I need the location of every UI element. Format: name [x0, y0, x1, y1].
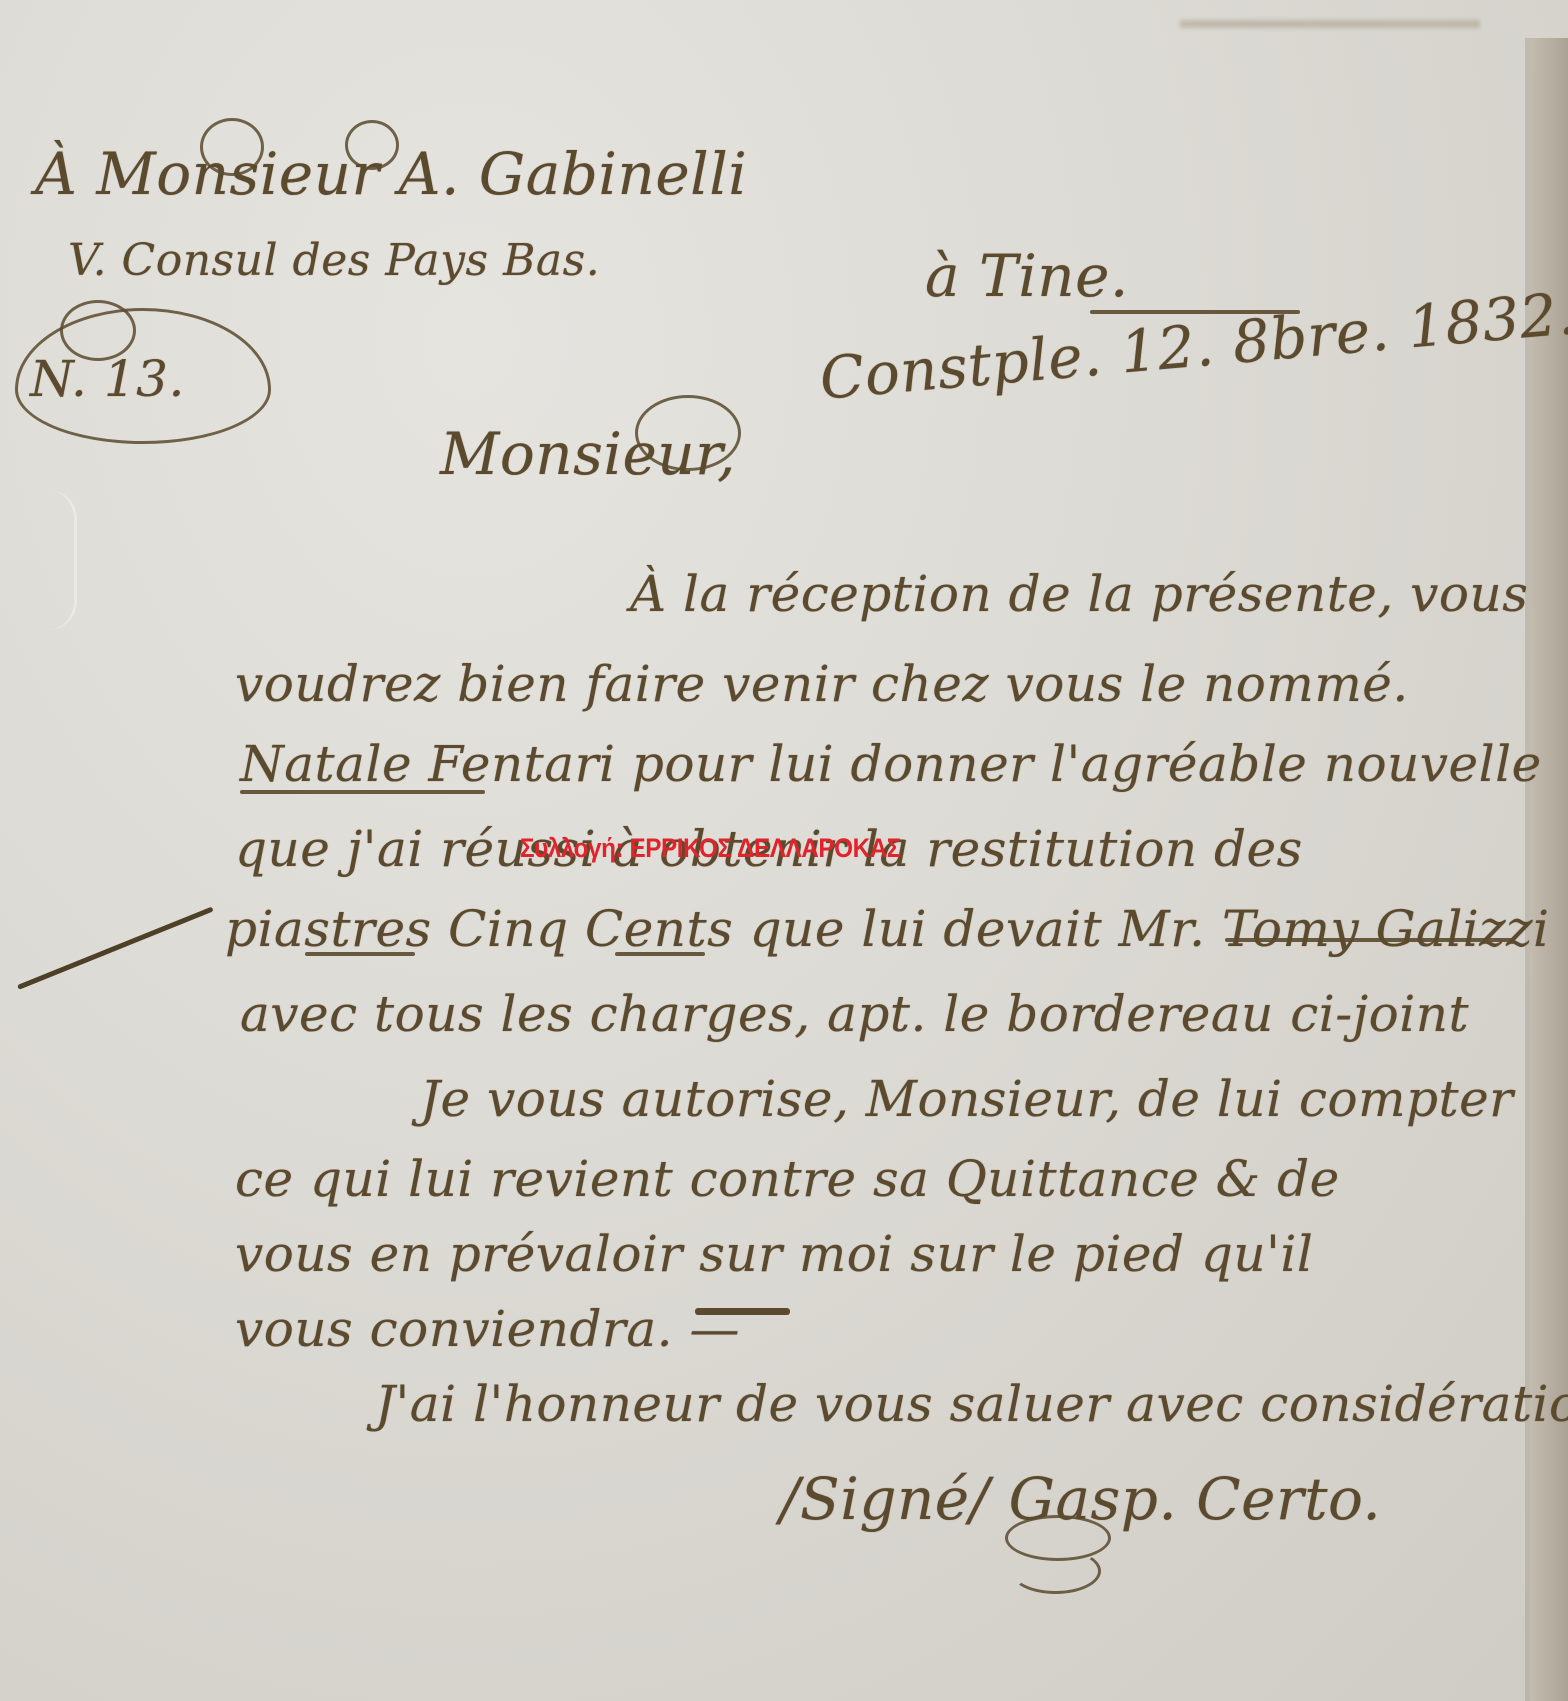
frame-top-edge — [1180, 20, 1480, 28]
body-line-6: avec tous les charges, apt. le bordereau… — [240, 985, 1469, 1043]
body-line-3: Natale Fentari pour lui donner l'agréabl… — [240, 735, 1542, 793]
body-line-10: vous conviendra. — — [235, 1300, 740, 1358]
signature-flourish — [1010, 1548, 1101, 1594]
body-line-7: Je vous autorise, Monsieur, de lui compt… — [420, 1070, 1514, 1128]
collection-watermark: Συλλογή: ΕΡΡΙΚΟΣ ΔΕΛΛΑΡΟΚΑΣ — [520, 833, 901, 864]
addressee-title: V. Consul des Pays Bas. — [68, 235, 600, 286]
flourish-icon — [60, 300, 136, 361]
underline-cinq-cents — [305, 952, 415, 956]
body-line-5: piastres Cinq Cents que lui devait Mr. T… — [225, 900, 1549, 958]
closing-dash — [695, 1308, 790, 1315]
closing-line: J'ai l'honneur de vous saluer avec consi… — [375, 1375, 1568, 1433]
flourish-icon — [635, 395, 741, 471]
flourish-icon — [345, 120, 399, 170]
body-line-1: À la réception de la présente, vous — [630, 565, 1528, 623]
underline-natale-fentari — [240, 790, 485, 794]
paper-tear-mark — [48, 490, 77, 630]
body-line-2: voudrez bien faire venir chez vous le no… — [235, 655, 1409, 713]
underline-galizzi — [1225, 938, 1515, 942]
body-line-9: vous en prévaloir sur moi sur le pied qu… — [235, 1225, 1313, 1283]
underline-cinq-cents-2 — [615, 952, 705, 956]
flourish-icon — [200, 118, 264, 176]
destination: à Tine. — [925, 242, 1129, 310]
body-line-8: ce qui lui revient contre sa Quittance &… — [235, 1150, 1340, 1208]
